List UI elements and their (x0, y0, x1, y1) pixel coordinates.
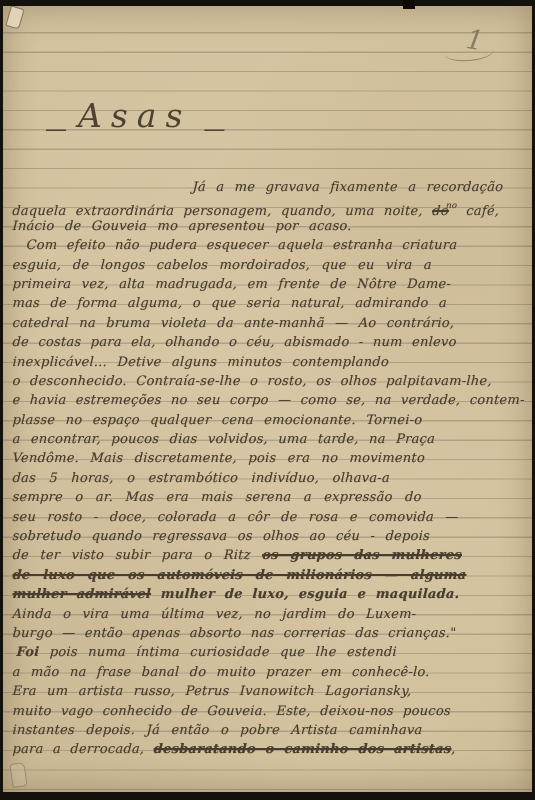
manuscript-line: de ter visto subir para o Ritz os grupos… (12, 546, 535, 565)
corner-fold-mark (5, 5, 24, 29)
manuscript-body: Já a me gravava fixamente a recordaçãoda… (12, 178, 534, 760)
handwritten-text: Vendôme. Mais discretamente, pois era no… (12, 451, 425, 466)
handwritten-text: , (451, 742, 456, 757)
manuscript-line: muito vago conhecido de Gouveia. Este, d… (12, 702, 535, 721)
handwritten-text: a mão na frase banal do muito prazer em … (12, 665, 430, 680)
handwritten-text: para a derrocada, (12, 742, 154, 757)
manuscript-line: mulher admirável mulher de luxo, esguia … (12, 585, 535, 604)
handwritten-text: Já a me gravava fixamente a recordação (192, 180, 504, 195)
handwritten-text: Com efeito não pudera esquecer aquela es… (26, 238, 458, 253)
handwritten-text: a encontrar, poucos dias volvidos, uma t… (12, 432, 435, 447)
handwritten-text: Foi (16, 645, 40, 660)
manuscript-line: catedral na bruma violeta da ante-manhã … (12, 314, 535, 333)
handwritten-text: instantes depois. Já então o pobre Artis… (12, 723, 423, 738)
handwritten-text: Ainda o vira uma última vez, no jardim d… (12, 607, 417, 622)
handwritten-text: pois numa íntima curiosidade que lhe est… (39, 645, 397, 660)
manuscript-line: Foi pois numa íntima curiosidade que lhe… (12, 643, 535, 662)
manuscript-line: de costas para ela, olhando o céu, abism… (12, 333, 535, 352)
manuscript-line: primeira vez, alta madrugada, em frente … (12, 275, 535, 294)
manuscript-line: Ainda o vira uma última vez, no jardim d… (12, 605, 535, 624)
manuscript-line: mas de forma alguma, o que seria natural… (12, 294, 535, 313)
manuscript-line: a mão na frase banal do muito prazer em … (12, 663, 535, 682)
page-number-underline (443, 40, 494, 63)
manuscript-line: o desconhecido. Contraía-se-lhe o rosto,… (12, 372, 535, 391)
manuscript-line: Inácio de Gouveia mo apresentou por acas… (12, 217, 535, 236)
manuscript-line: esguia, de longos cabelos mordoirados, q… (12, 256, 535, 275)
struck-text: mulher admirável (12, 587, 151, 602)
manuscript-photo: 1 —Asas— Já a me gravava fixamente a rec… (0, 0, 535, 800)
handwritten-text: e havia estremeções no seu corpo — como … (12, 393, 525, 408)
title-right-dash: — (203, 117, 224, 142)
handwritten-text: mas de forma alguma, o que seria natural… (12, 296, 447, 311)
bottom-corner-mark (9, 762, 27, 788)
manuscript-line: e havia estremeções no seu corpo — como … (12, 391, 535, 410)
manuscript-line: Era um artista russo, Petrus Ivanowitch … (12, 682, 535, 701)
inserted-word: no (446, 201, 458, 211)
handwritten-text: seu rosto - doce, colorada a côr de rosa… (12, 510, 459, 525)
manuscript-line: instantes depois. Já então o pobre Artis… (12, 721, 535, 740)
handwritten-text: das 5 horas, o estrambótico indivíduo, o… (12, 471, 390, 486)
handwritten-text: sempre o ar. Mas era mais serena a expre… (12, 490, 422, 505)
handwritten-text: plasse no espaço qualquer cena emocionan… (12, 413, 423, 428)
handwritten-text: Inácio de Gouveia mo apresentou por acas… (12, 219, 352, 234)
manuscript-line: Vendôme. Mais discretamente, pois era no… (12, 449, 535, 468)
handwritten-text: de costas para ela, olhando o céu, abism… (12, 335, 457, 350)
handwritten-text: sobretudo quando regressava os olhos ao … (12, 529, 430, 544)
manuscript-paper: 1 —Asas— Já a me gravava fixamente a rec… (3, 6, 532, 792)
title-text: Asas (78, 96, 191, 135)
struck-text: os grupos das mulheres (262, 548, 462, 563)
handwritten-text: esguia, de longos cabelos mordoirados, q… (12, 258, 432, 273)
handwritten-text: primeira vez, alta madrugada, em frente … (12, 277, 451, 292)
manuscript-line: Já a me gravava fixamente a recordação (12, 178, 535, 197)
struck-text: desbaratando o caminho dos artistas (153, 742, 451, 757)
manuscript-line: burgo — então apenas absorto nas correri… (12, 624, 535, 643)
handwritten-text: catedral na bruma violeta da ante-manhã … (12, 316, 455, 331)
page-number: 1 (444, 28, 494, 61)
handwritten-text: mulher de luxo, esguia e maquilada. (151, 587, 460, 602)
manuscript-title: —Asas— (45, 96, 224, 135)
manuscript-line: plasse no espaço qualquer cena emocionan… (12, 411, 535, 430)
manuscript-line: seu rosto - doce, colorada a côr de rosa… (12, 508, 535, 527)
handwritten-text: muito vago conhecido de Gouveia. Este, d… (12, 704, 451, 719)
manuscript-line: para a derrocada, desbaratando o caminho… (12, 740, 535, 759)
manuscript-line: Com efeito não pudera esquecer aquela es… (12, 236, 535, 255)
handwritten-text: Era um artista russo, Petrus Ivanowitch … (12, 684, 412, 699)
manuscript-line: sobretudo quando regressava os olhos ao … (12, 527, 535, 546)
manuscript-line: das 5 horas, o estrambótico indivíduo, o… (12, 469, 535, 488)
manuscript-line: a encontrar, poucos dias volvidos, uma t… (12, 430, 535, 449)
struck-text: de luxo que os automóveis de milionários… (12, 568, 467, 583)
top-edge-notch (403, 0, 415, 9)
handwritten-text: de ter visto subir para o Ritz (12, 548, 262, 563)
manuscript-line: sempre o ar. Mas era mais serena a expre… (12, 488, 535, 507)
manuscript-line: daquela extraordinária personagem, quand… (12, 197, 535, 216)
handwritten-text: o desconhecido. Contraía-se-lhe o rosto,… (12, 374, 492, 389)
manuscript-line: de luxo que os automóveis de milionários… (12, 566, 535, 585)
title-left-dash: — (45, 117, 66, 142)
manuscript-line: inexplicável... Detive alguns minutos co… (12, 353, 535, 372)
handwritten-text: inexplicável... Detive alguns minutos co… (12, 355, 389, 370)
handwritten-text: burgo — então apenas absorto nas correri… (12, 626, 457, 641)
